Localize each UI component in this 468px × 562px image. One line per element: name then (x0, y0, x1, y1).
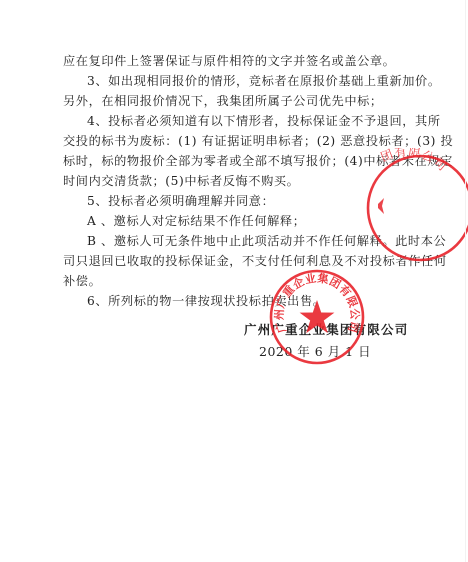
company-seal-icon: 广州广重企业集团有限公司 (268, 268, 366, 366)
text-line: 应在复印件上签署保证与原件相符的文字并签名或盖公章。 (63, 53, 395, 69)
clause-4: 4、投标者必须知道有以下情形者，投标保证金不予退回，其所 (87, 113, 441, 129)
clause-5a: A 、邀标人对定标结果不作任何解释； (87, 213, 305, 229)
svg-text:团有限公司: 团有限公司 (379, 148, 450, 174)
text-line: 另外，在相同报价情况下，我集团所属子公司优先中标； (63, 93, 383, 109)
partial-seal-text: 团有限公司 (379, 148, 450, 174)
document-page: 应在复印件上签署保证与原件相符的文字并签名或盖公章。 3、如出现相同报价的情形，… (0, 0, 468, 562)
text-line: 补偿。 (63, 273, 101, 289)
clause-5: 5、投标者必须明确理解并同意： (87, 193, 274, 209)
star-fragment-icon (378, 198, 384, 214)
text-line: 交投的标书为废标：(1) 有证据证明串标者；(2) 恶意投标者；(3) 投 (63, 133, 453, 149)
star-icon (300, 300, 335, 333)
clause-3: 3、如出现相同报价的情形，竞标者在原报价基础上重新加价。 (87, 73, 441, 89)
text-line: 时间内交清货款；(5)中标者反悔不购买。 (63, 173, 299, 189)
partial-seal-icon: 团有限公司 (348, 148, 468, 268)
page-edge (465, 0, 466, 562)
